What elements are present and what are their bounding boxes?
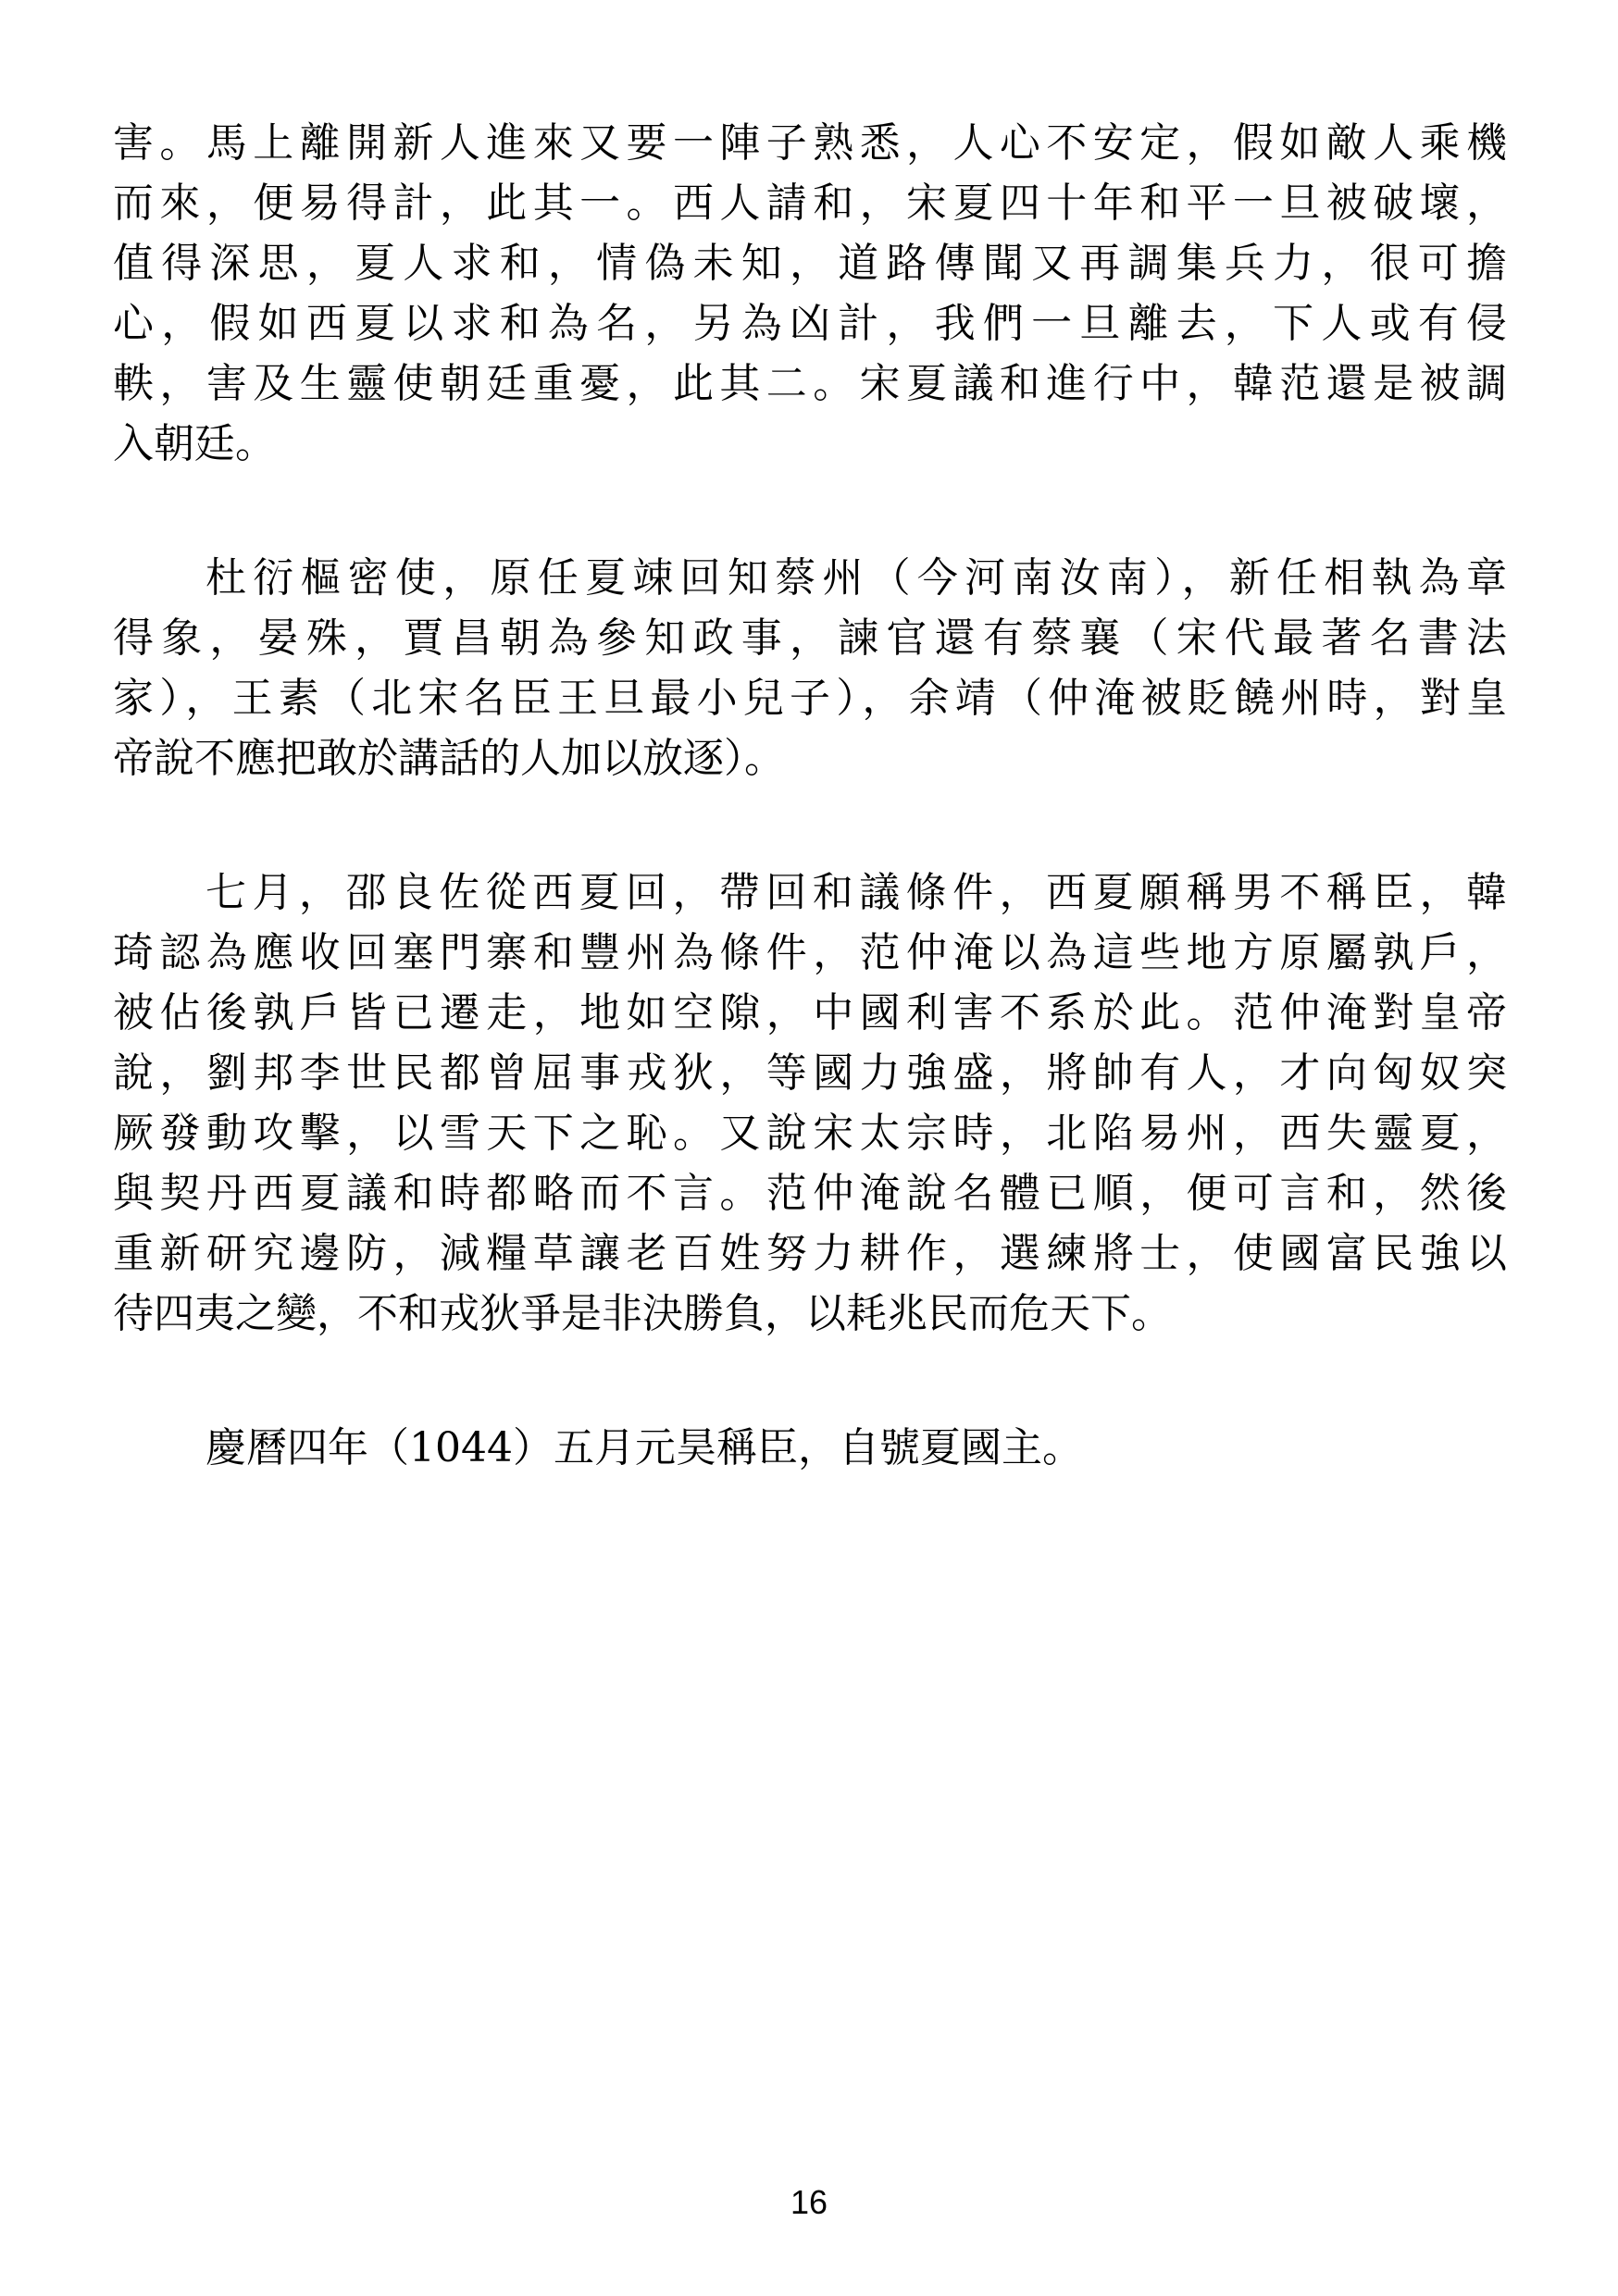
text-line: 與契丹西夏議和時都略而不言。范仲淹說名體已順，便可言和，然後	[113, 1163, 1507, 1223]
paragraph-3: 七月，邵良佐從西夏回，帶回和議條件，西夏願稱男不稱臣，韓 琦認為應收回塞門寨和豐…	[113, 863, 1507, 1344]
text-line: 七月，邵良佐從西夏回，帶回和議條件，西夏願稱男不稱臣，韓	[113, 863, 1507, 923]
text-line: 入朝廷。	[113, 414, 1507, 474]
paragraph-1: 害。馬上離開新人進來又要一陣子熟悉，人心不安定，假如敵人乘機 而來，便易得計，此…	[113, 113, 1507, 474]
body-text: 害。馬上離開新人進來又要一陣子熟悉，人心不安定，假如敵人乘機 而來，便易得計，此…	[113, 113, 1507, 1478]
text-line: 軼，害及生靈使朝廷重憂，此其二。宋夏議和進行中，韓范還是被調	[113, 354, 1507, 414]
text-line: 說，劉邦李世民都曾屈事戎狄，等國力強盛，將帥有人，才向匈奴突	[113, 1043, 1507, 1103]
text-line: 帝說不應把敢於講話的人加以放逐）。	[113, 728, 1507, 788]
text-line: 杜衍樞密使，原任夏竦回知蔡州（今河南汝南），新任相執為章	[113, 548, 1507, 608]
text-line: 而來，便易得計，此其一。西人請和，宋夏四十年和平一旦被破壞，	[113, 173, 1507, 233]
text-line: 待四夷之變，不和戎狄爭是非決勝負，以耗兆民而危天下。	[113, 1284, 1507, 1344]
text-line: 重新研究邊防，減糧草讓老百姓努力耕作，選練將士，使國富民強以	[113, 1223, 1507, 1284]
document-page: 害。馬上離開新人進來又要一陣子熟悉，人心不安定，假如敵人乘機 而來，便易得計，此…	[0, 0, 1618, 2296]
text-line: 厥發動攻擊，以雪天下之恥。又說宋太宗時，北陷易州，西失靈夏，	[113, 1103, 1507, 1163]
text-line: 害。馬上離開新人進來又要一陣子熟悉，人心不安定，假如敵人乘機	[113, 113, 1507, 173]
paragraph-spacer	[113, 474, 1507, 548]
text-line: 琦認為應收回塞門寨和豐州為條件，范仲淹以為這些地方原屬孰戶，	[113, 923, 1507, 983]
text-line: 值得深思，夏人求和，情偽未知，道路傳聞又再調集兵力，很可擔	[113, 233, 1507, 293]
paragraph-spacer	[113, 1344, 1507, 1418]
paragraph-spacer	[113, 788, 1507, 863]
text-line: 家），王素（北宋名臣王旦最小兒子），余靖（仲淹被貶饒州時，對皇	[113, 668, 1507, 728]
text-line: 心，假如西夏以求和為名，另為凶計，我們一旦離去，下人或有侵	[113, 293, 1507, 354]
page-number: 16	[0, 2179, 1618, 2226]
text-line: 得象，晏殊，賈昌朝為參知政事，諫官還有蔡襄（宋代最著名書法	[113, 608, 1507, 668]
paragraph-2: 杜衍樞密使，原任夏竦回知蔡州（今河南汝南），新任相執為章 得象，晏殊，賈昌朝為參…	[113, 548, 1507, 788]
text-line: 被佔後孰戶皆已遷走，地如空隙，中國利害不系於此。范仲淹對皇帝	[113, 983, 1507, 1043]
paragraph-4: 慶曆四年（1044）五月元昊稱臣，自號夏國主。	[113, 1418, 1507, 1478]
text-line: 慶曆四年（1044）五月元昊稱臣，自號夏國主。	[113, 1418, 1507, 1478]
